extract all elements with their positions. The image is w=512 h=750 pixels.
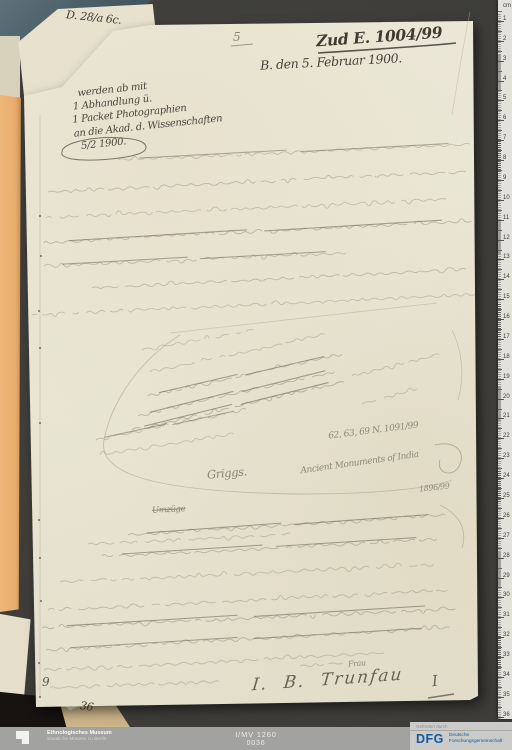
ruler-half-tick [498, 110, 502, 111]
ruler-number: 12 [503, 235, 510, 241]
ruler-tick [498, 717, 504, 718]
ruler-tick [498, 339, 504, 340]
ruler-half-tick [498, 349, 502, 350]
ruler-half-tick [498, 269, 502, 270]
ruler-half-tick [498, 707, 502, 708]
ruler-number: 10 [503, 195, 510, 201]
ruler-number: 30 [503, 592, 510, 598]
ruler-half-tick [498, 687, 502, 688]
ruler-half-tick [498, 150, 502, 151]
ruler-number: 20 [503, 394, 510, 400]
ruler-tick [498, 259, 504, 260]
ruler-half-tick [498, 71, 502, 72]
ruler-tick [498, 578, 504, 579]
page-number: 5 [233, 30, 240, 44]
ruler-tick [498, 81, 504, 82]
ruler-tick [498, 200, 504, 201]
dfg-logo: DFG Deutsche Forschungsgemeinschaft [410, 731, 512, 745]
dfg-acronym: DFG [416, 733, 444, 745]
ruler-number: 36 [503, 712, 510, 718]
ruler-tick [498, 458, 504, 459]
ruler-tick [498, 538, 504, 539]
ruler-half-tick [498, 369, 502, 370]
ruler-tick [498, 140, 504, 141]
ruler-tick [498, 518, 504, 519]
ruler-number: 16 [503, 314, 510, 320]
ruler-tick [498, 617, 504, 618]
ruler-number: 34 [503, 672, 510, 678]
ruler-tick [498, 61, 504, 62]
ruler-tick [498, 597, 504, 598]
ruler-half-tick [498, 548, 502, 549]
ruler-half-tick [498, 528, 502, 529]
pencil-umzuege-note: Umzüge [152, 504, 186, 516]
ruler-tick [498, 240, 504, 241]
ruler-number: 26 [503, 513, 510, 519]
funding-label: Gefördert durch [410, 722, 512, 731]
ruler-half-tick [498, 448, 502, 449]
ruler-number: 27 [503, 533, 510, 539]
ruler-number: 33 [503, 652, 510, 658]
ruler-half-tick [498, 568, 502, 569]
ruler-tick [498, 498, 504, 499]
ruler-number: 31 [503, 612, 510, 618]
ruler-half-tick [498, 647, 502, 648]
ruler-tick [498, 379, 504, 380]
dfg-name-line2: Forschungsgemeinschaft [449, 739, 503, 744]
ruler-tick [498, 41, 504, 42]
margin-number: 9 [42, 675, 49, 689]
ruler-half-tick [498, 11, 502, 12]
ruler-unit-label: cm [503, 3, 511, 9]
ruler-half-tick [498, 587, 502, 588]
archive-scan-view: D. 28/a 6c. 5 Zud E. 1004/99 B. den 5. F… [0, 0, 512, 750]
dfg-name: Deutsche Forschungsgemeinschaft [449, 733, 503, 743]
ruler-half-tick [498, 289, 502, 290]
ruler-half-tick [498, 90, 502, 91]
ruler-number: 25 [503, 493, 510, 499]
ruler-tick [498, 160, 504, 161]
ruler-half-tick [498, 389, 502, 390]
ruler-number: 15 [503, 294, 510, 300]
ruler-tick [498, 279, 504, 280]
ruler-number: 35 [503, 692, 510, 698]
ruler-number: 28 [503, 553, 510, 559]
ruler-tick [498, 657, 504, 658]
ruler-tick [498, 100, 504, 101]
ruler-tick [498, 220, 504, 221]
ruler-number: 23 [503, 453, 510, 459]
ruler-tick [498, 319, 504, 320]
ruler-tick [498, 180, 504, 181]
dfg-logo-box: Gefördert durch DFG Deutsche Forschungsg… [410, 722, 512, 750]
ruler-tick [498, 478, 504, 479]
scrap-number: 36 [79, 699, 94, 714]
ruler-number: 19 [503, 374, 510, 380]
ruler-half-tick [498, 170, 502, 171]
ruler-number: 22 [503, 433, 510, 439]
ruler-tick [498, 697, 504, 698]
ruler-half-tick [498, 230, 502, 231]
ruler-tick [498, 438, 504, 439]
ruler-number: 21 [503, 413, 510, 419]
ruler-half-tick [498, 468, 502, 469]
ruler-tick [498, 21, 504, 22]
ruler-number: 32 [503, 632, 510, 638]
ruler-half-tick [498, 409, 502, 410]
ruler-half-tick [498, 627, 502, 628]
ruler-number: 17 [503, 334, 510, 340]
ruler-half-tick [498, 250, 502, 251]
ruler-tick [498, 418, 504, 419]
ruler-tick [498, 299, 504, 300]
ruler-tick [498, 399, 504, 400]
ruler-half-tick [498, 508, 502, 509]
ruler-number: 24 [503, 473, 510, 479]
ruler-half-tick [498, 130, 502, 131]
ruler-half-tick [498, 31, 502, 32]
ruler-half-tick [498, 210, 502, 211]
ruler-half-tick [498, 428, 502, 429]
ruler-tick [498, 120, 504, 121]
signature-suffix: I [431, 672, 438, 690]
ruler-tick [498, 677, 504, 678]
ruler-half-tick [498, 667, 502, 668]
ruler-half-tick [498, 488, 502, 489]
ruler: cm12345678910111213141516171819202122232… [498, 0, 512, 719]
ruler-tick [498, 359, 504, 360]
ruler-number: 29 [503, 573, 510, 579]
ruler-number: 14 [503, 274, 510, 280]
ruler-half-tick [498, 607, 502, 608]
ruler-half-tick [498, 329, 502, 330]
ruler-number: 18 [503, 354, 510, 360]
ruler-tick [498, 637, 504, 638]
ruler-half-tick [498, 190, 502, 191]
ruler-number: 13 [503, 254, 510, 260]
ruler-half-tick [498, 309, 502, 310]
ruler-half-tick [498, 51, 502, 52]
ruler-tick [498, 558, 504, 559]
